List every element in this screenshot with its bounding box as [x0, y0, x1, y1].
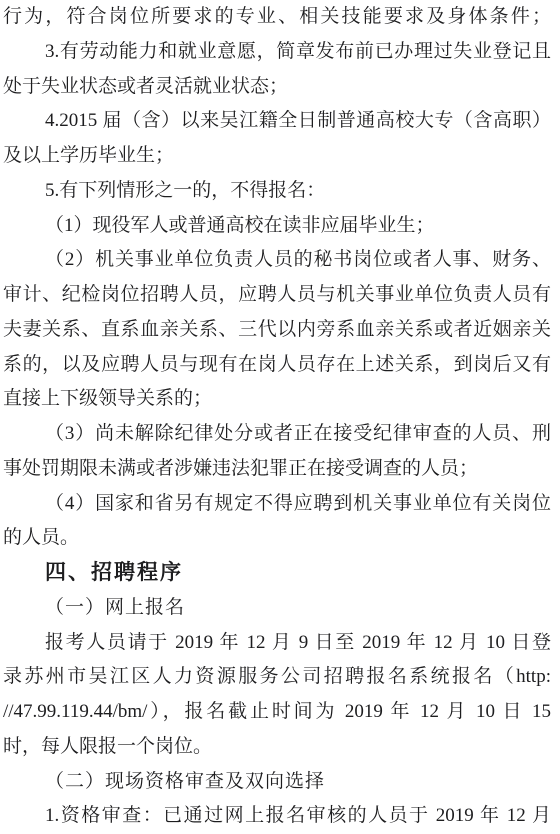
text-line: （1）现役军人或普通高校在读非应届毕业生； [3, 209, 551, 244]
text-line: 的人员。 [3, 521, 551, 556]
text-line: 行为，符合岗位所要求的专业、相关技能要求及身体条件； [3, 0, 551, 35]
text-line: （二）现场资格审查及双向选择 [3, 765, 551, 800]
text-line: //47.99.119.44/bm/），报名截止时间为 2019 年 12 月 … [3, 695, 551, 730]
text-line: （3）尚未解除纪律处分或者正在接受纪律审查的人员、刑 [3, 417, 551, 452]
text-line: 1.资格审查：已通过网上报名审核的人员于 2019 年 12 月 [3, 799, 551, 834]
text-line: 夫妻关系、直系血亲关系、三代以内旁系血亲关系或者近姻亲关 [3, 313, 551, 348]
text-line: 4.2015 届（含）以来吴江籍全日制普通高校大专（含高职） [3, 104, 551, 139]
text-line: （4）国家和省另有规定不得应聘到机关事业单位有关岗位 [3, 487, 551, 522]
text-line: 四、招聘程序 [3, 556, 551, 591]
text-line: 审计、纪检岗位招聘人员，应聘人员与机关事业单位负责人员有 [3, 278, 551, 313]
text-line: （2）机关事业单位负责人员的秘书岗位或者人事、财务、 [3, 243, 551, 278]
document-page: 行为，符合岗位所要求的专业、相关技能要求及身体条件；3.有劳动能力和就业意愿，简… [0, 0, 560, 834]
text-line: 3.有劳动能力和就业意愿，简章发布前已办理过失业登记且 [3, 35, 551, 70]
text-line: 直接上下级领导关系的； [3, 382, 551, 417]
text-line: 5.有下列情形之一的，不得报名： [3, 174, 551, 209]
document-body: 行为，符合岗位所要求的专业、相关技能要求及身体条件；3.有劳动能力和就业意愿，简… [3, 0, 551, 834]
text-line: 时，每人限报一个岗位。 [3, 730, 551, 765]
text-line: 系的，以及应聘人员与现有在岗人员存在上述关系，到岗后又有 [3, 348, 551, 383]
text-line: （一）网上报名 [3, 591, 551, 626]
text-line: 处于失业状态或者灵活就业状态； [3, 70, 551, 105]
text-line: 报考人员请于 2019 年 12 月 9 日至 2019 年 12 月 10 日… [3, 626, 551, 661]
text-line: 及以上学历毕业生； [3, 139, 551, 174]
text-line: 事处罚期限未满或者涉嫌违法犯罪正在接受调查的人员； [3, 452, 551, 487]
text-line: 录苏州市吴江区人力资源服务公司招聘报名系统报名（http: [3, 660, 551, 695]
